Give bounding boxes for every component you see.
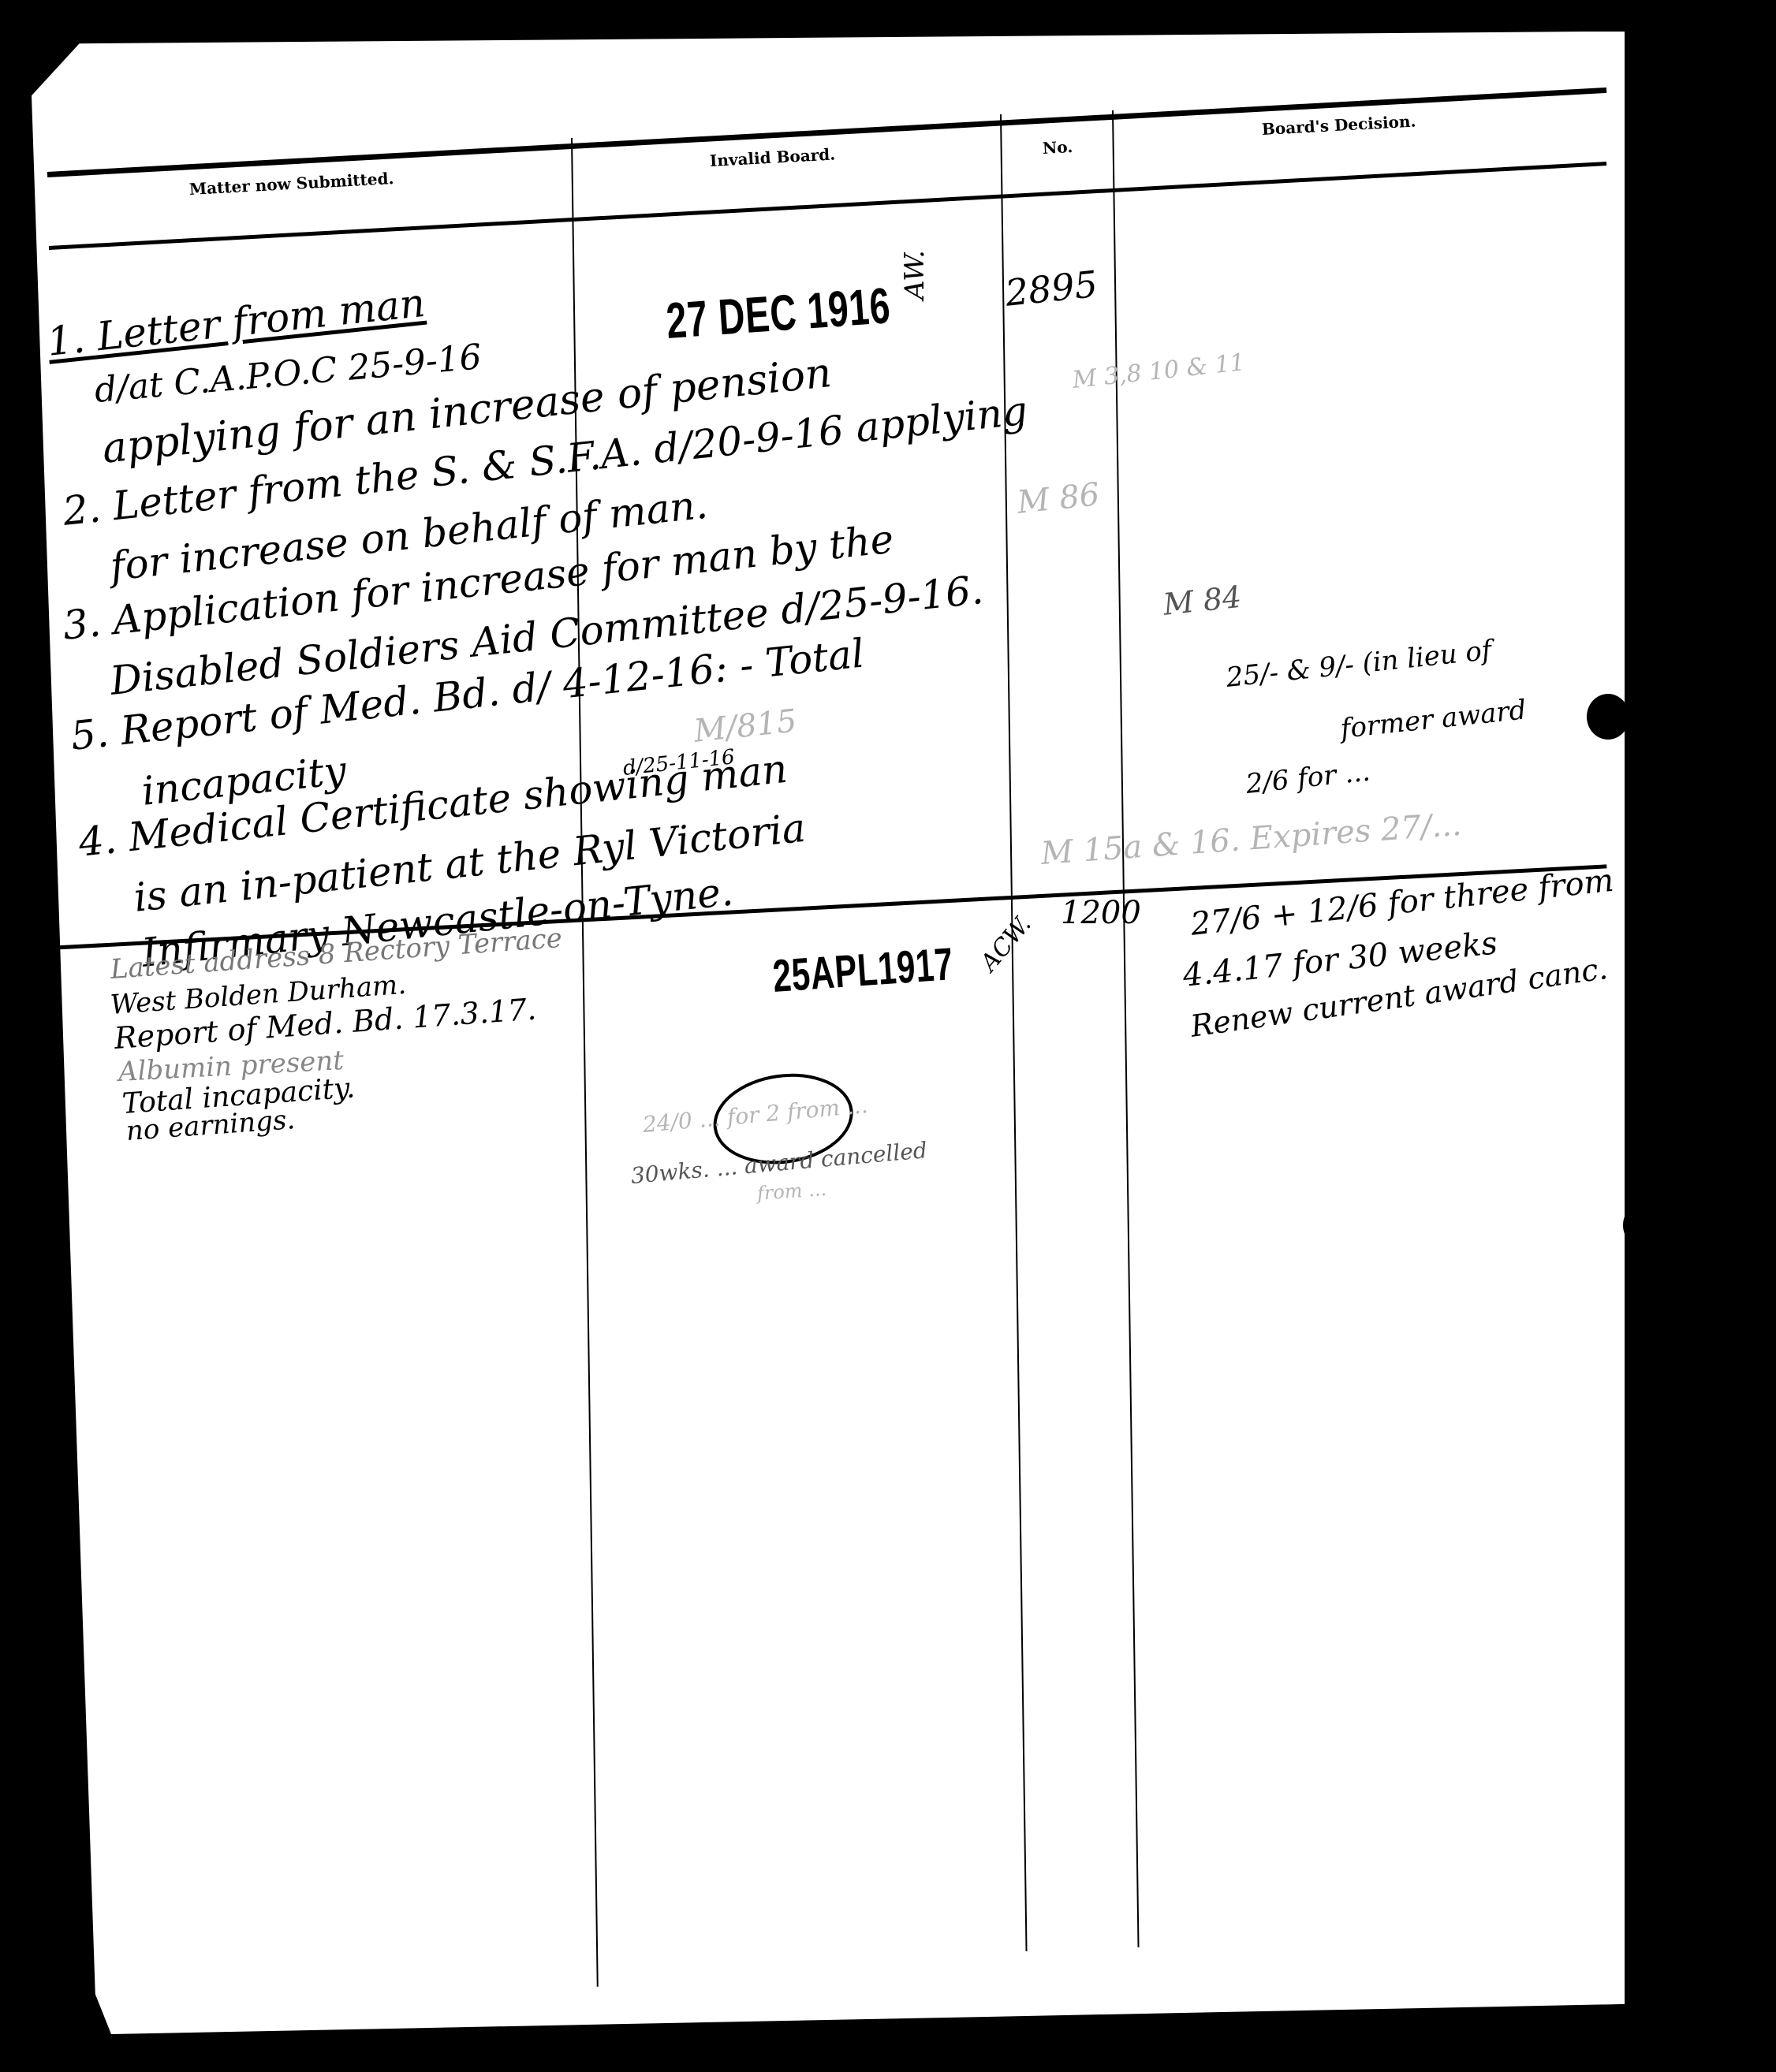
punch-hole-bottom [1623,1202,1666,1248]
header-no: No. [1042,137,1073,158]
punch-hole-top [1587,694,1629,740]
entry2-number: 1200 [1061,895,1141,931]
entry1-initials: AW. [899,250,931,300]
